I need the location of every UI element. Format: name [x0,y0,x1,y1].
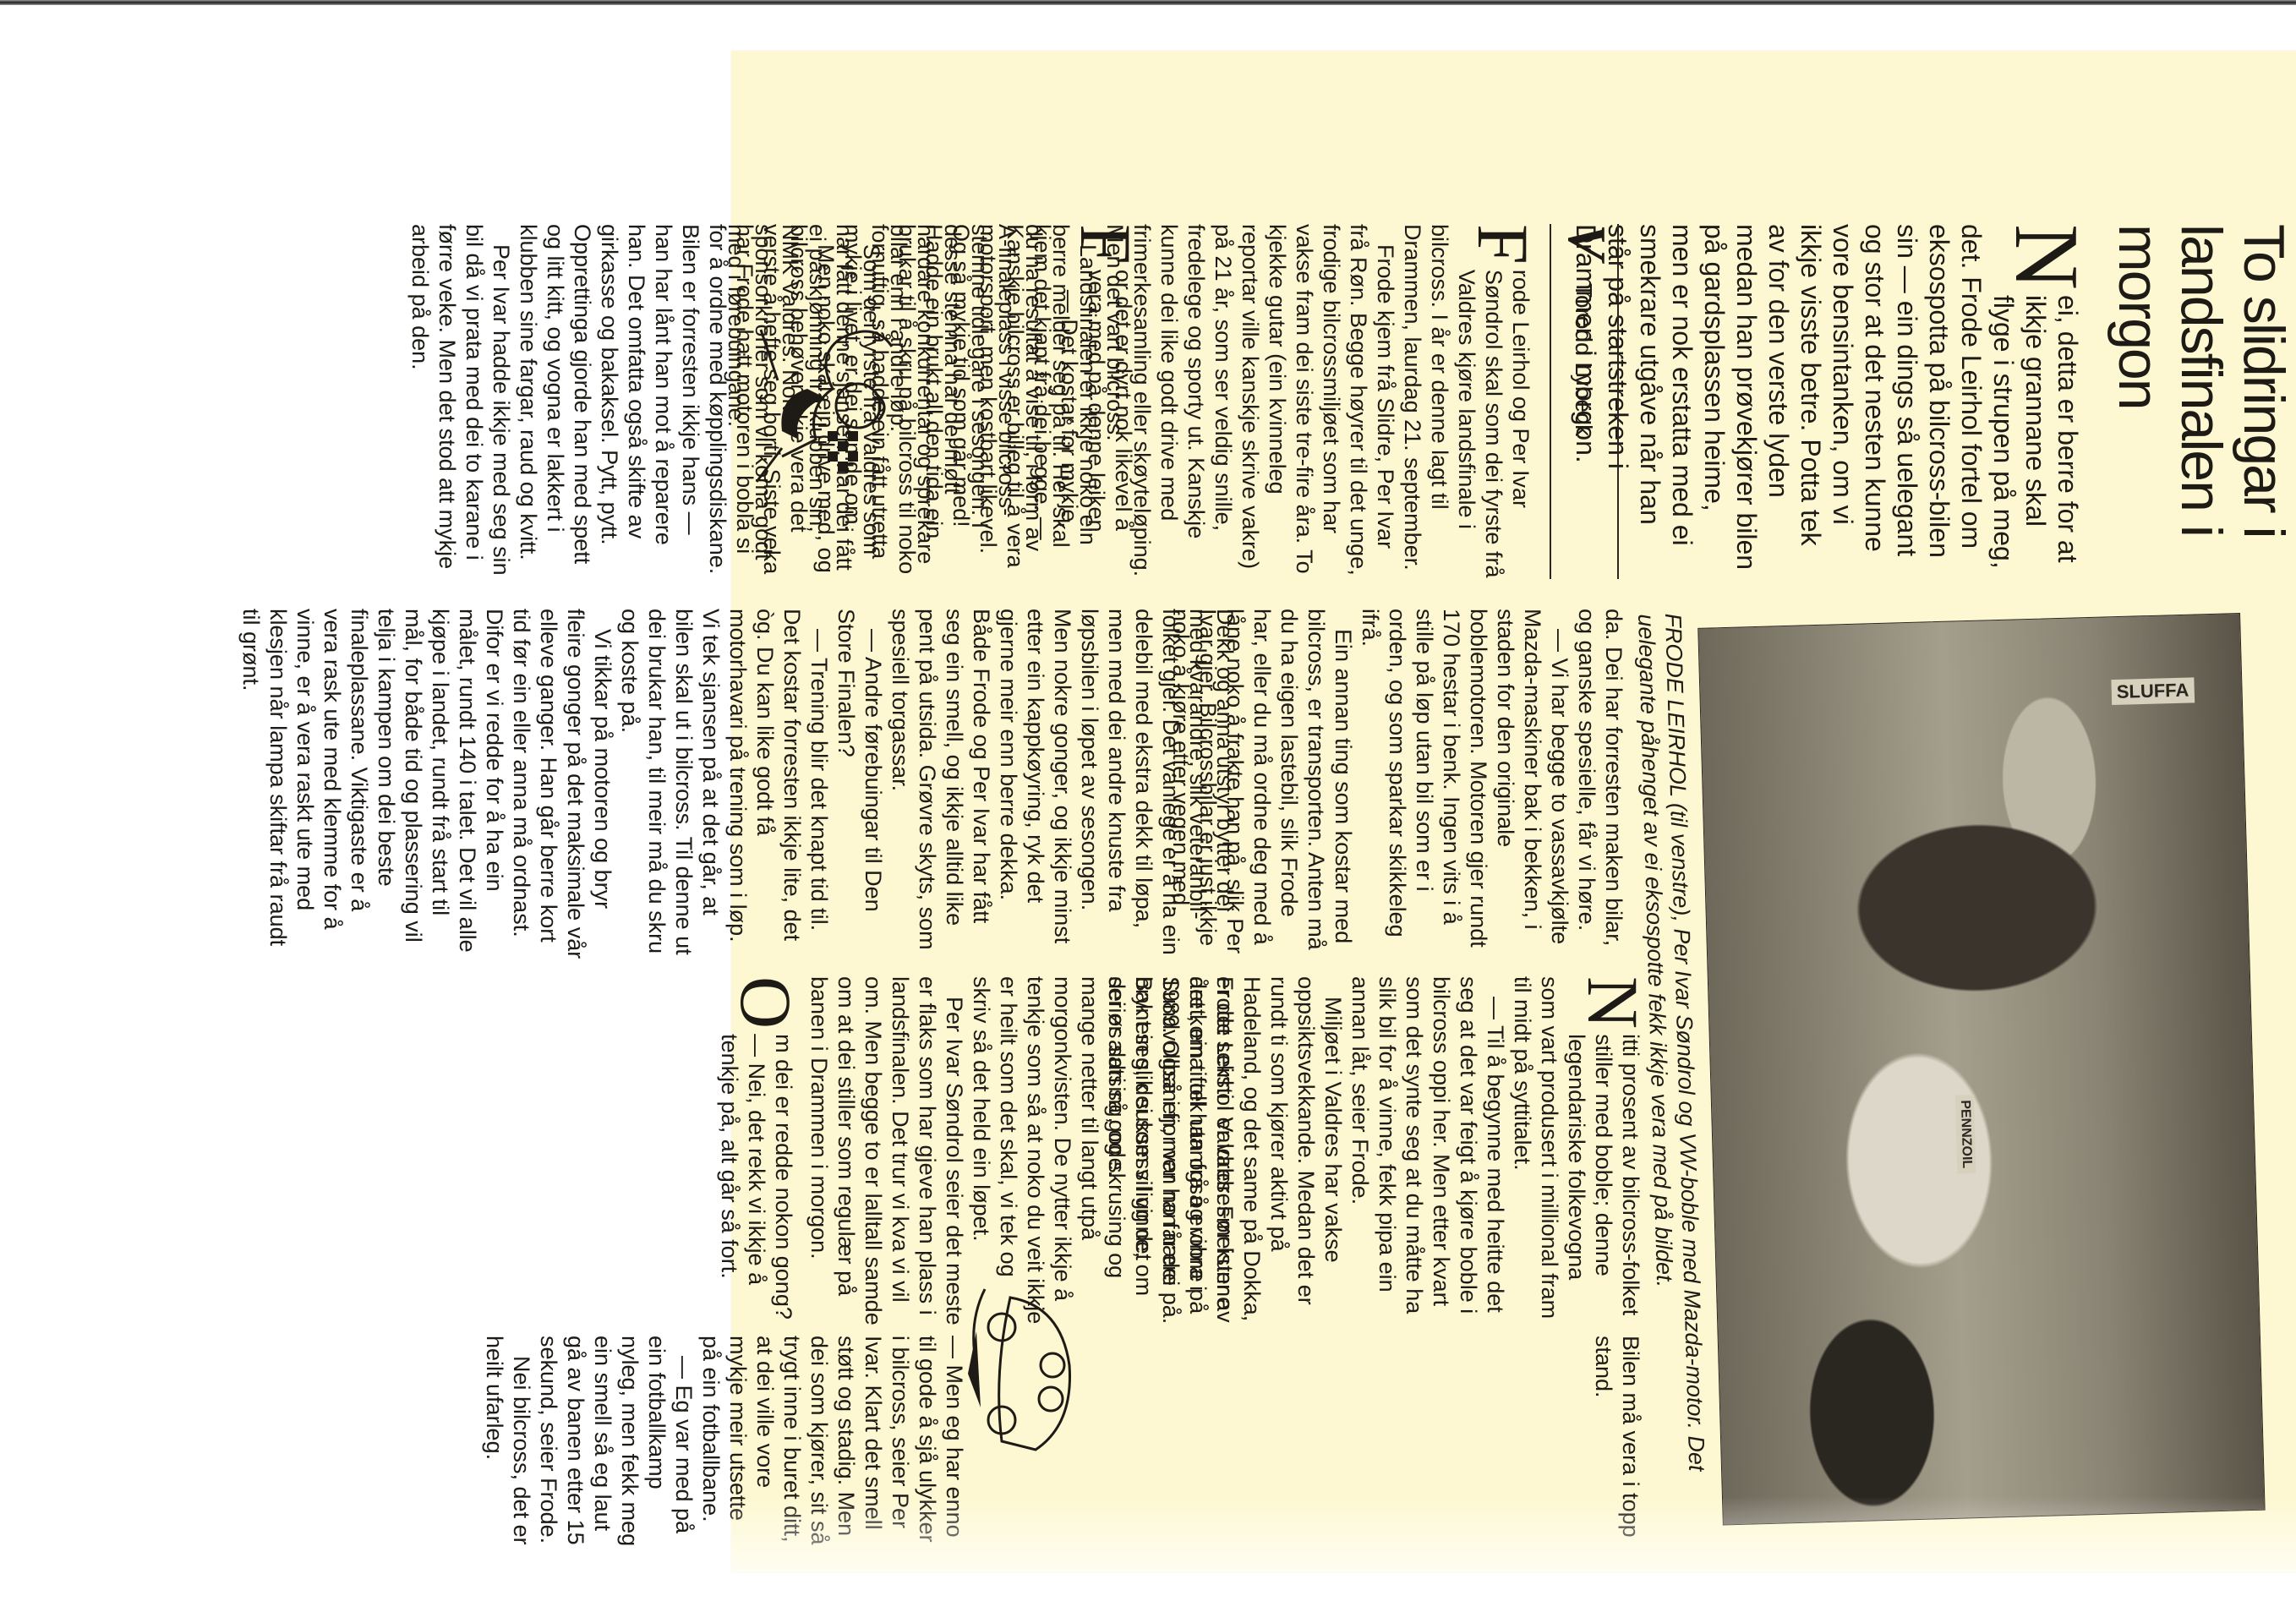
paragraph: — Til å begynne med heitte det seg at de… [1347,976,1509,1327]
drop-cap: N [1583,976,1643,1029]
paragraph: rode Leirhol og Per Ivar Søndrol skal so… [1400,224,1533,577]
body-column-4: Bilen må vera i topp stand. [1590,1336,1644,1551]
paragraph: Frode kjem frå Slidre, Per Ivar frå Røn.… [1102,224,1399,579]
paragraph: Vi tikkar på motoren og bryr fleire gong… [238,609,616,959]
subheadline: To slidringar i landsfinalen i morgon [2107,224,2295,613]
paragraph: Per Ivar hadde ikkje med seg sin bil då … [407,224,515,579]
body-column-4-continued: — Men eg har enno til gode å sjå ulykker… [481,1336,968,1551]
lead-paragraph: N ei, detta er berre for at ikkje granna… [1570,224,2084,571]
paragraph: m dei er redde nokon gong? — Nei, det re… [717,1034,796,1320]
drop-cap: O [736,976,795,1029]
byline-author: Torodd Lybeck [1570,283,1597,436]
byline: V Torodd Lybeck [1550,224,1619,579]
photo-sticker-label: PENNZOIL [1955,1095,1976,1173]
paragraph: — Vi har begge to vassavkjølte Mazda-mas… [1357,609,1573,959]
paragraph: — Men eg har enno til gode å sjå ulykker… [697,1336,968,1551]
body-column-3-continued: Frode Leirhol er valdresmeister av året,… [716,976,1238,1327]
paragraph: — Trening blir det knapt tid til. Det ko… [616,609,833,959]
body-column-2-continued: Dekk og anna utstyr bytter dei med kvara… [238,609,1238,959]
paragraph: or det er dyrt nok likevel å vera med på… [1084,270,1136,538]
photo-van-label: SLUFFA [2111,677,2194,705]
drop-cap: F [1076,224,1135,265]
drop-cap: N [2009,224,2082,290]
paragraph: Nei bilcross, det er heilt ufarleg. [481,1336,535,1551]
paragraph: Per Ivar Søndrol seier det meste er flak… [806,976,968,1327]
byline-v-icon: V [1560,224,1614,260]
race-car-cartoon-icon [968,1281,1103,1467]
scan-top-border [0,0,2296,5]
paragraph: Bilen må vera i topp stand. [1590,1336,1644,1551]
drop-cap: F [1473,224,1533,265]
checkered-flag-cartoon-icon [748,313,909,507]
paragraph: da. Dei har forresten maken bilar, og ga… [1573,609,1627,959]
paragraph: — Eg var med på ein fotballkamp nyleg, m… [535,1336,697,1551]
newspaper-page: 6 FREDAG 20. SEPTEMBER 1991 UNG I VALDRE… [731,51,2296,1572]
paragraph: Dekk og anna utstyr bytter dei med kvara… [887,609,1238,959]
paragraph: — Andre førebuingar til Den Store Finale… [833,609,887,959]
article-photo: SLUFFA PENNZOIL [1697,613,2265,1526]
paragraph: Frode Leirhol er valdresmeister av året,… [968,976,1238,1327]
